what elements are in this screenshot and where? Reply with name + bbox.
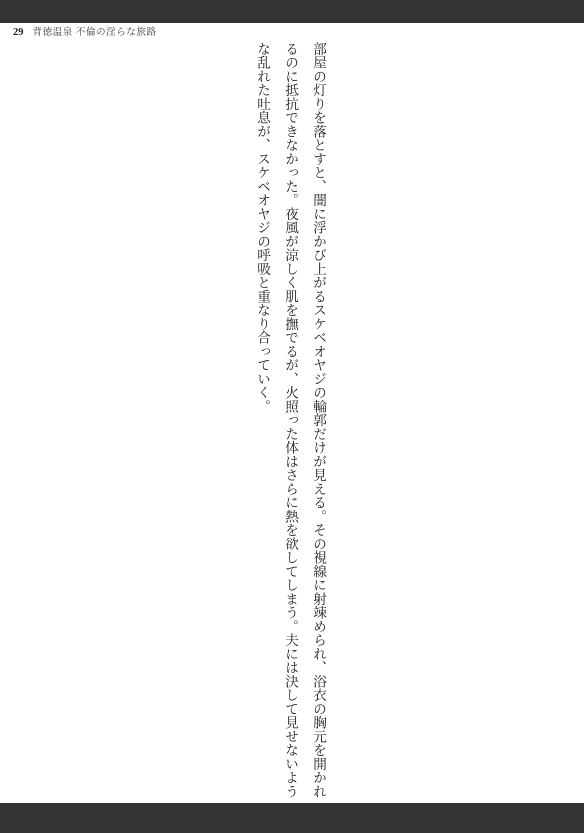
text-column-3: な乱れた吐息が、スケベオヤジの呼吸と重なり合っていく。 xyxy=(248,42,276,802)
page-header: 29 背徳温泉 不倫の淫らな旅路 xyxy=(13,24,157,38)
top-frame-bar xyxy=(0,0,584,23)
ebook-reader-page[interactable]: 29 背徳温泉 不倫の淫らな旅路 部屋の灯りを落とすと、闇に浮かび上がるスケベオ… xyxy=(0,0,584,833)
bottom-frame-bar xyxy=(0,803,584,833)
vertical-text-block: 部屋の灯りを落とすと、闇に浮かび上がるスケベオヤジの輪郭だけが見える。その視線に… xyxy=(248,42,332,802)
page-number: 29 xyxy=(13,27,24,38)
running-title: 背徳温泉 不倫の淫らな旅路 xyxy=(33,24,157,38)
text-column-2: るのに抵抗できなかった。夜風が涼しく肌を撫でるが、火照った体はさらに熱を欲してし… xyxy=(276,42,304,802)
text-column-1: 部屋の灯りを落とすと、闇に浮かび上がるスケベオヤジの輪郭だけが見える。その視線に… xyxy=(304,42,332,802)
